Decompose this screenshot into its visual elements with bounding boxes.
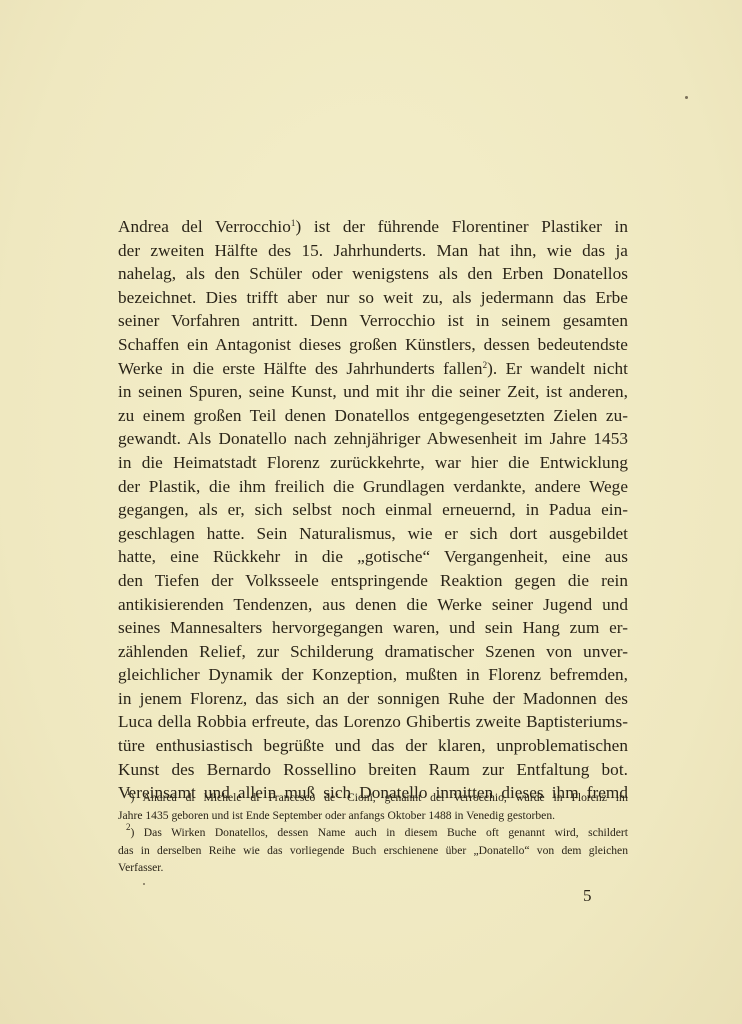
text-line: Schaffen ein Antagonist dieses großen Kü…	[118, 333, 628, 357]
text-line: geschlagen hatte. Sein Naturalismus, wie…	[118, 522, 628, 546]
text-line: Andrea del Verrocchio1) ist der führende…	[118, 215, 628, 239]
book-page: Andrea del Verrocchio1) ist der führende…	[0, 0, 742, 1024]
page-number: 5	[583, 886, 592, 906]
footnote-2-line: das in derselben Reihe wie das vorliegen…	[118, 842, 628, 860]
text-line: in seinen Spuren, seine Kunst, und mit i…	[118, 380, 628, 404]
text-line: nahelag, als den Schüler oder wenigstens…	[118, 262, 628, 286]
text-line: den Tiefen der Volksseele entspringende …	[118, 569, 628, 593]
text-line: seines Mannesalters hervorgegangen waren…	[118, 616, 628, 640]
text-line: zählenden Relief, zur Schilderung dramat…	[118, 640, 628, 664]
main-text-block: Andrea del Verrocchio1) ist der führende…	[118, 215, 628, 805]
text-line: der Plastik, die ihm freilich die Grundl…	[118, 475, 628, 499]
text-line: zu einem großen Teil denen Donatellos en…	[118, 404, 628, 428]
text-line: Luca della Robbia erfreute, das Lorenzo …	[118, 710, 628, 734]
footnote-2: 2) Das Wirken Donatellos, dessen Name au…	[118, 824, 628, 842]
text-line: gegangen, als er, sich selbst noch einma…	[118, 498, 628, 522]
text-line: antikisierenden Tendenzen, aus denen die…	[118, 593, 628, 617]
text-line: gleichlicher Dynamik der Konzeption, muß…	[118, 663, 628, 687]
text-line: seiner Vorfahren antritt. Denn Verrocchi…	[118, 309, 628, 333]
footnote-1: 1) Andrea di Michele di Francesco de’ Ci…	[118, 789, 628, 807]
text-line: Werke in die erste Hälfte des Jahrhunder…	[118, 357, 628, 381]
footnote-1-line: Jahre 1435 geboren und ist Ende Septembe…	[118, 807, 628, 825]
text-line: in die Heimatstadt Florenz zurückkehrte,…	[118, 451, 628, 475]
paper-speck	[685, 96, 688, 99]
text-line: hatte, eine Rückkehr in die „gotische“ V…	[118, 545, 628, 569]
text-line: türe enthusiastisch begrüßte und das der…	[118, 734, 628, 758]
paper-speck	[143, 883, 145, 885]
text-line: gewandt. Als Donatello nach zehnjähriger…	[118, 427, 628, 451]
footnotes-block: 1) Andrea di Michele di Francesco de’ Ci…	[118, 789, 628, 877]
text-line: Kunst des Bernardo Rossellino breiten Ra…	[118, 758, 628, 782]
text-line: in jenem Florenz, das sich an der sonnig…	[118, 687, 628, 711]
footnote-2-line: Verfasser.	[118, 859, 628, 877]
text-line: der zweiten Hälfte des 15. Jahrhunderts.…	[118, 239, 628, 263]
text-line: bezeichnet. Dies trifft aber nur so weit…	[118, 286, 628, 310]
